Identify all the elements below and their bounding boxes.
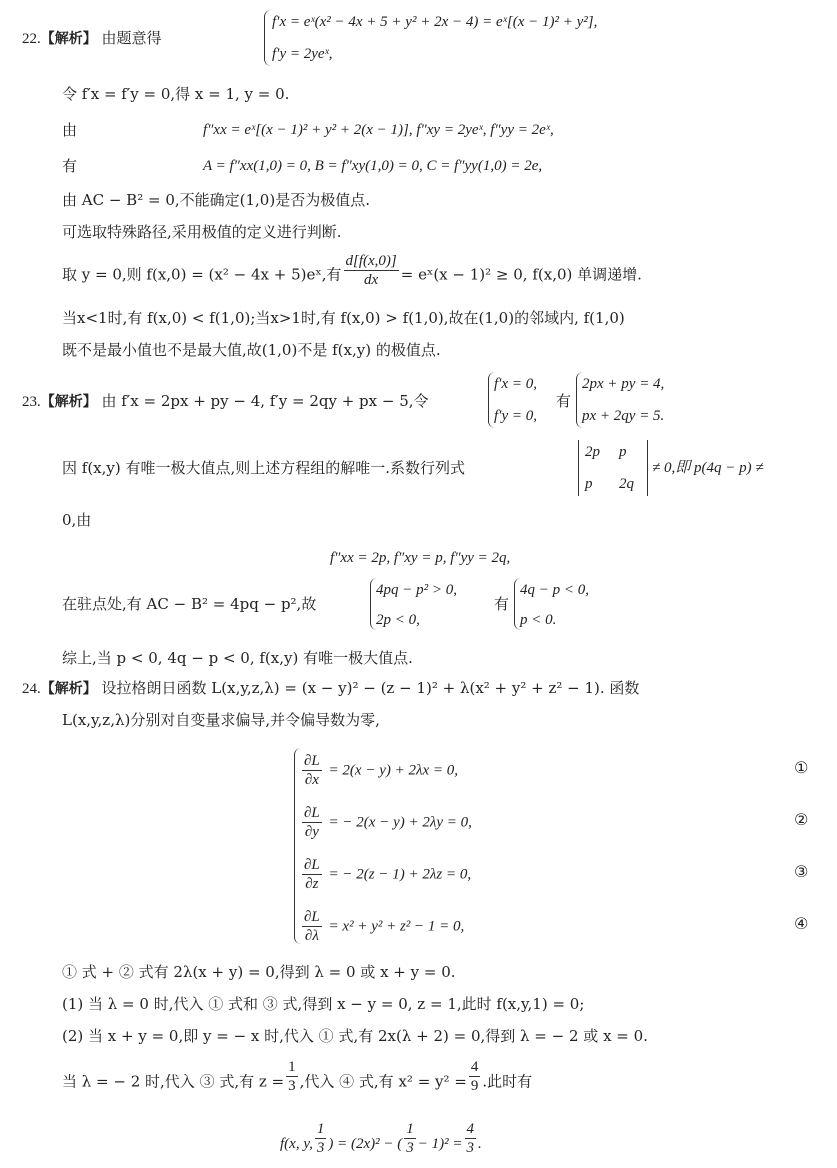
fraction: 13 (315, 1120, 327, 1157)
text-line: 当x<1时,有 f(x,0) < f(1,0);当x>1时,有 f(x,0) >… (62, 308, 625, 328)
numerator: ∂L (302, 804, 322, 823)
text-line: 由 AC − B² = 0,不能确定(1,0)是否为极值点. (62, 190, 370, 210)
denominator: ∂z (302, 875, 322, 893)
text-line: ① 式 + ② 式有 2λ(x + y) = 0,得到 λ = 0 或 x + … (62, 962, 456, 982)
text-line: 令 f′x = f′y = 0,得 x = 1, y = 0. (62, 84, 289, 104)
numerator: ∂L (302, 908, 322, 927)
text-segment: . (478, 1136, 482, 1152)
equation-line: px + 2qy = 5. (582, 406, 664, 426)
equation-marker: ② (794, 810, 808, 829)
equation-rhs: = 2(x − y) + 2λx = 0, (329, 763, 458, 779)
text-line: 既不是最小值也不是最大值,故(1,0)不是 f(x,y) 的极值点. (62, 340, 441, 360)
label: 由 (62, 120, 77, 140)
equation-rhs: = − 2(z − 1) + 2λz = 0, (329, 867, 472, 883)
numerator: 1 (315, 1120, 327, 1139)
numerator: 1 (404, 1120, 416, 1139)
text-line: L(x,y,z,λ)分别对自变量求偏导,并令偏导数为零, (62, 710, 380, 730)
text-segment: 取 y = 0,则 f(x,0) = (x² − 4x + 5)eˣ,有 (62, 266, 342, 284)
equation-line: p < 0. (520, 610, 556, 630)
analysis-tag: 【解析】 (41, 394, 97, 410)
det-cell: p (619, 442, 627, 462)
numerator: ∂L (302, 752, 322, 771)
problem-22-heading: 22.【解析】 由题意得 (22, 28, 162, 49)
determinant: 2p p p 2q (578, 440, 648, 496)
text-segment: .此时有 (482, 1073, 532, 1091)
equation-line: A = f″xx(1,0) = 0, B = f″xy(1,0) = 0, C … (203, 156, 542, 176)
label: 有 (494, 594, 509, 614)
denominator: ∂y (302, 823, 322, 841)
lagrange-eq-2: ∂L∂y = − 2(x − y) + 2λy = 0, (300, 804, 472, 841)
problem-23-heading: 23.【解析】 由 f′x = 2px + py − 4, f′y = 2qy … (22, 391, 429, 412)
text-line: 因 f(x,y) 有唯一极大值点,则上述方程组的解唯一.系数行列式 (62, 458, 465, 478)
numerator: 1 (286, 1058, 298, 1077)
text-segment: 由 f′x = 2px + py − 4, f′y = 2qy + px − 5… (102, 392, 429, 410)
lagrange-eq-1: ∂L∂x = 2(x − y) + 2λx = 0, (300, 752, 458, 789)
numerator: d[f(x,0)] (344, 252, 399, 271)
denominator: 3 (404, 1139, 416, 1157)
text-line: 在驻点处,有 AC − B² = 4pq − p²,故 (62, 594, 316, 614)
text-line: 综上,当 p < 0, 4q − p < 0, f(x,y) 有唯一极大值点. (62, 648, 413, 668)
equation-marker: ③ (794, 862, 808, 881)
denominator: ∂x (302, 771, 322, 789)
fraction: ∂L∂z (302, 856, 322, 893)
text-segment: f(x, y, (280, 1136, 313, 1152)
text-line: (2) 当 x + y = 0,即 y = − x 时,代入 ① 式,有 2x(… (62, 1026, 648, 1046)
problem-number: 23. (22, 394, 41, 410)
problem-number: 24. (22, 681, 41, 697)
label: 有 (62, 156, 77, 176)
left-brace (264, 10, 271, 66)
equation-line: f″xx = eˣ[(x − 1)² + y² + 2(x − 1)], f″x… (203, 120, 554, 140)
equation-line: 4pq − p² > 0, (376, 580, 457, 600)
text-segment: ) = (2x)² − ( (328, 1136, 402, 1152)
denominator: 9 (469, 1077, 481, 1095)
lagrange-eq-4: ∂L∂λ = x² + y² + z² − 1 = 0, (300, 908, 464, 945)
fraction: d[f(x,0)]dx (344, 252, 399, 289)
fraction: ∂L∂y (302, 804, 322, 841)
denominator: 3 (286, 1077, 298, 1095)
equation-marker: ① (794, 758, 808, 777)
text-segment: = eˣ(x − 1)² ≥ 0, f(x,0) 单调递增. (401, 266, 642, 284)
numerator: ∂L (302, 856, 322, 875)
equation-line: f′x = 0, (494, 374, 537, 394)
text-segment: − 1)² = (418, 1136, 463, 1152)
det-cell: p (585, 474, 593, 494)
problem-24-heading: 24.【解析】 设拉格朗日函数 L(x,y,z,λ) = (x − y)² − … (22, 678, 639, 699)
numerator: 4 (469, 1058, 481, 1077)
fraction: 13 (286, 1058, 298, 1095)
analysis-tag: 【解析】 (41, 681, 97, 697)
fraction: 49 (469, 1058, 481, 1095)
analysis-tag: 【解析】 (41, 31, 97, 47)
text-line: 取 y = 0,则 f(x,0) = (x² − 4x + 5)eˣ,有d[f(… (62, 262, 642, 289)
equation-line: f″xx = 2p, f″xy = p, f″yy = 2q, (330, 548, 510, 568)
text-segment: 设拉格朗日函数 L(x,y,z,λ) = (x − y)² − (z − 1)²… (102, 679, 640, 697)
label: 有 (556, 391, 571, 411)
equation-line: f′y = 2yeˣ, (272, 44, 333, 64)
intro-text: 由题意得 (102, 29, 162, 47)
text-line: (1) 当 λ = 0 时,代入 ① 式和 ③ 式,得到 x − y = 0, … (62, 994, 584, 1014)
det-cell: 2q (619, 474, 634, 494)
denominator: ∂λ (302, 927, 322, 945)
fraction: 13 (404, 1120, 416, 1157)
fraction: ∂L∂λ (302, 908, 322, 945)
text-segment: ,代入 ④ 式,有 x² = y² = (300, 1073, 467, 1091)
equation-line: 2p < 0, (376, 610, 420, 630)
equation-line: 2px + py = 4, (582, 374, 664, 394)
fraction: ∂L∂x (302, 752, 322, 789)
numerator: 4 (465, 1120, 477, 1139)
problem-number: 22. (22, 31, 41, 47)
lagrange-eq-3: ∂L∂z = − 2(z − 1) + 2λz = 0, (300, 856, 471, 893)
text-line: 0,由 (62, 510, 91, 530)
denominator: 3 (315, 1139, 327, 1157)
text-segment: 当 λ = − 2 时,代入 ③ 式,有 z = (62, 1073, 284, 1091)
denominator: dx (344, 271, 399, 289)
text-line: 当 λ = − 2 时,代入 ③ 式,有 z =13,代入 ④ 式,有 x² =… (62, 1070, 532, 1095)
det-cell: 2p (585, 442, 600, 462)
equation-rhs: = x² + y² + z² − 1 = 0, (329, 919, 465, 935)
denominator: 3 (465, 1139, 477, 1157)
equation-line: 4q − p < 0, (520, 580, 589, 600)
equation-line: f(x, y,13) = (2x)² − (13− 1)² =43. (280, 1132, 482, 1157)
fraction: 43 (465, 1120, 477, 1157)
equation-rhs: = − 2(x − y) + 2λy = 0, (329, 815, 472, 831)
text-line: ≠ 0,即 p(4q − p) ≠ (652, 458, 764, 478)
equation-marker: ④ (794, 914, 808, 933)
equation-line: f′y = 0, (494, 406, 537, 426)
text-line: 可选取特殊路径,采用极值的定义进行判断. (62, 222, 342, 242)
equation-line: f′x = eˣ(x² − 4x + 5 + y² + 2x − 4) = eˣ… (272, 12, 597, 32)
